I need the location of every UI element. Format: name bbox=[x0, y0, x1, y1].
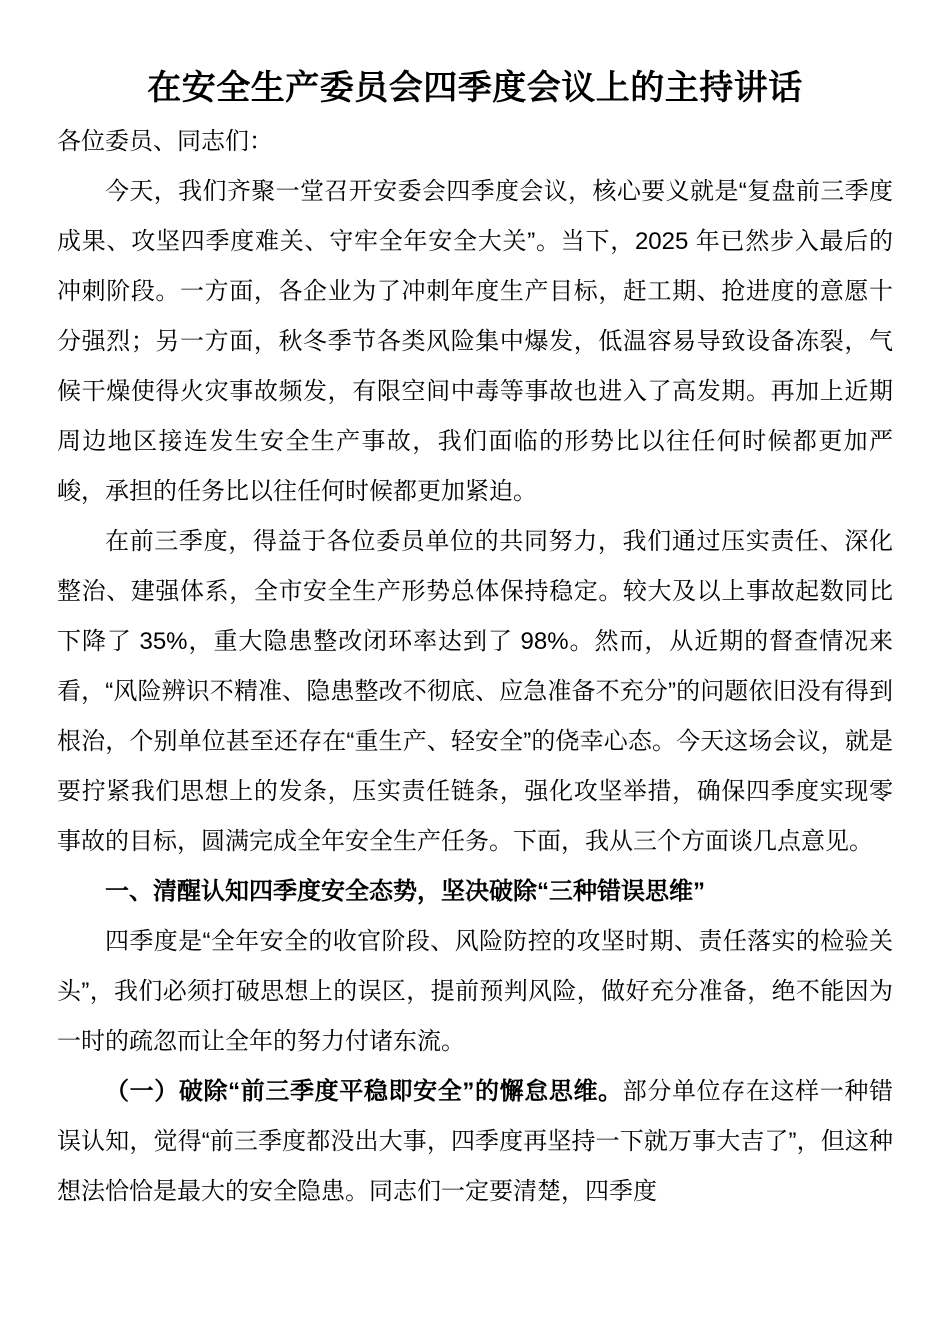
document-body: 各位委员、同志们： 今天，我们齐聚一堂召开安委会四季度会议，核心要义就是“复盘前… bbox=[57, 117, 893, 1217]
paragraph-point-1-lead: （一）破除“前三季度平稳即安全”的懈怠思维。 bbox=[105, 1078, 623, 1105]
section-heading-1: 一、清醒认知四季度安全态势，坚决破除“三种错误思维” bbox=[57, 867, 893, 917]
document-title: 在安全生产委员会四季度会议上的主持讲话 bbox=[57, 70, 893, 106]
salutation: 各位委员、同志们： bbox=[57, 117, 893, 167]
paragraph-intro: 今天，我们齐聚一堂召开安委会四季度会议，核心要义就是“复盘前三季度成果、攻坚四季… bbox=[57, 167, 893, 517]
paragraph-point-1: （一）破除“前三季度平稳即安全”的懈怠思维。部分单位存在这样一种错误认知，觉得“… bbox=[57, 1067, 893, 1217]
document-page: 在安全生产委员会四季度会议上的主持讲话 各位委员、同志们： 今天，我们齐聚一堂召… bbox=[0, 0, 950, 1344]
paragraph-achievements: 在前三季度，得益于各位委员单位的共同努力，我们通过压实责任、深化整治、建强体系，… bbox=[57, 517, 893, 867]
paragraph-q4-situation: 四季度是“全年安全的收官阶段、风险防控的攻坚时期、责任落实的检验关头”，我们必须… bbox=[57, 917, 893, 1067]
